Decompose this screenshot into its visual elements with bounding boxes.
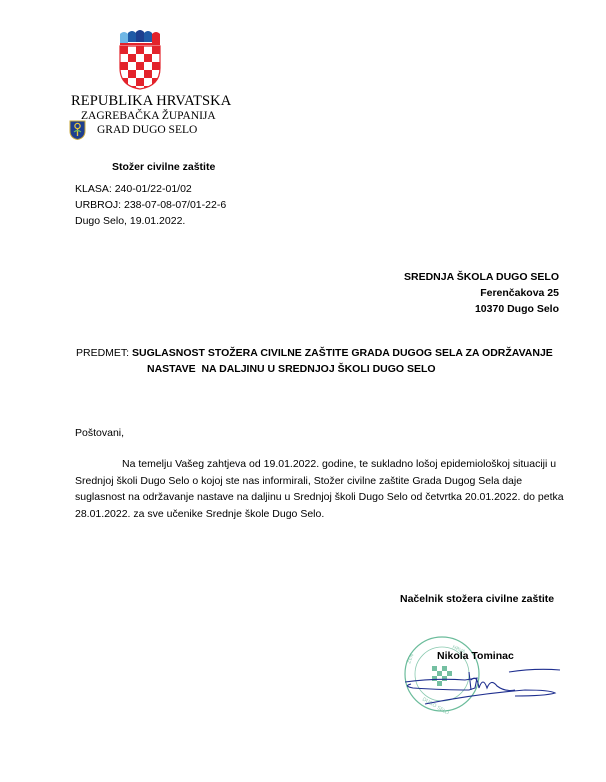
- country-name: REPUBLIKA HRVATSKA: [71, 93, 231, 110]
- croatian-coat-of-arms-icon: [117, 30, 163, 90]
- letter-body: Na temelju Vašeg zahtjeva od 19.01.2022.…: [75, 456, 565, 522]
- recipient-city: 10370 Dugo Selo: [475, 303, 559, 315]
- klasa-number: KLASA: 240-01/22-01/02: [75, 183, 192, 195]
- handwritten-signature-icon: [405, 660, 565, 710]
- subject-line: PREDMET: SUGLASNOST STOŽERA CIVILNE ZAŠT…: [76, 347, 553, 359]
- body-paragraph: Na temelju Vašeg zahtjeva od 19.01.2022.…: [75, 456, 565, 522]
- urbroj-number: URBROJ: 238-07-08-07/01-22-6: [75, 199, 226, 211]
- recipient-name: SREDNJA ŠKOLA DUGO SELO: [404, 271, 559, 283]
- recipient-street: Ferenčakova 25: [480, 287, 559, 299]
- dugo-selo-emblem-icon: [69, 120, 86, 140]
- county-name: ZAGREBAČKA ŽUPANIJA: [81, 110, 216, 122]
- subject-title-line1: SUGLASNOST STOŽERA CIVILNE ZAŠTITE GRADA…: [132, 347, 553, 359]
- subject-label: PREDMET:: [76, 347, 132, 359]
- signatory-title: Načelnik stožera civilne zaštite: [400, 593, 554, 605]
- place-and-date: Dugo Selo, 19.01.2022.: [75, 215, 185, 227]
- subject-title-line2: NASTAVE NA DALJINU U SREDNJOJ ŠKOLI DUGO…: [147, 363, 436, 375]
- department-name: Stožer civilne zaštite: [112, 161, 215, 173]
- city-name: GRAD DUGO SELO: [97, 124, 197, 136]
- greeting: Poštovani,: [75, 427, 124, 439]
